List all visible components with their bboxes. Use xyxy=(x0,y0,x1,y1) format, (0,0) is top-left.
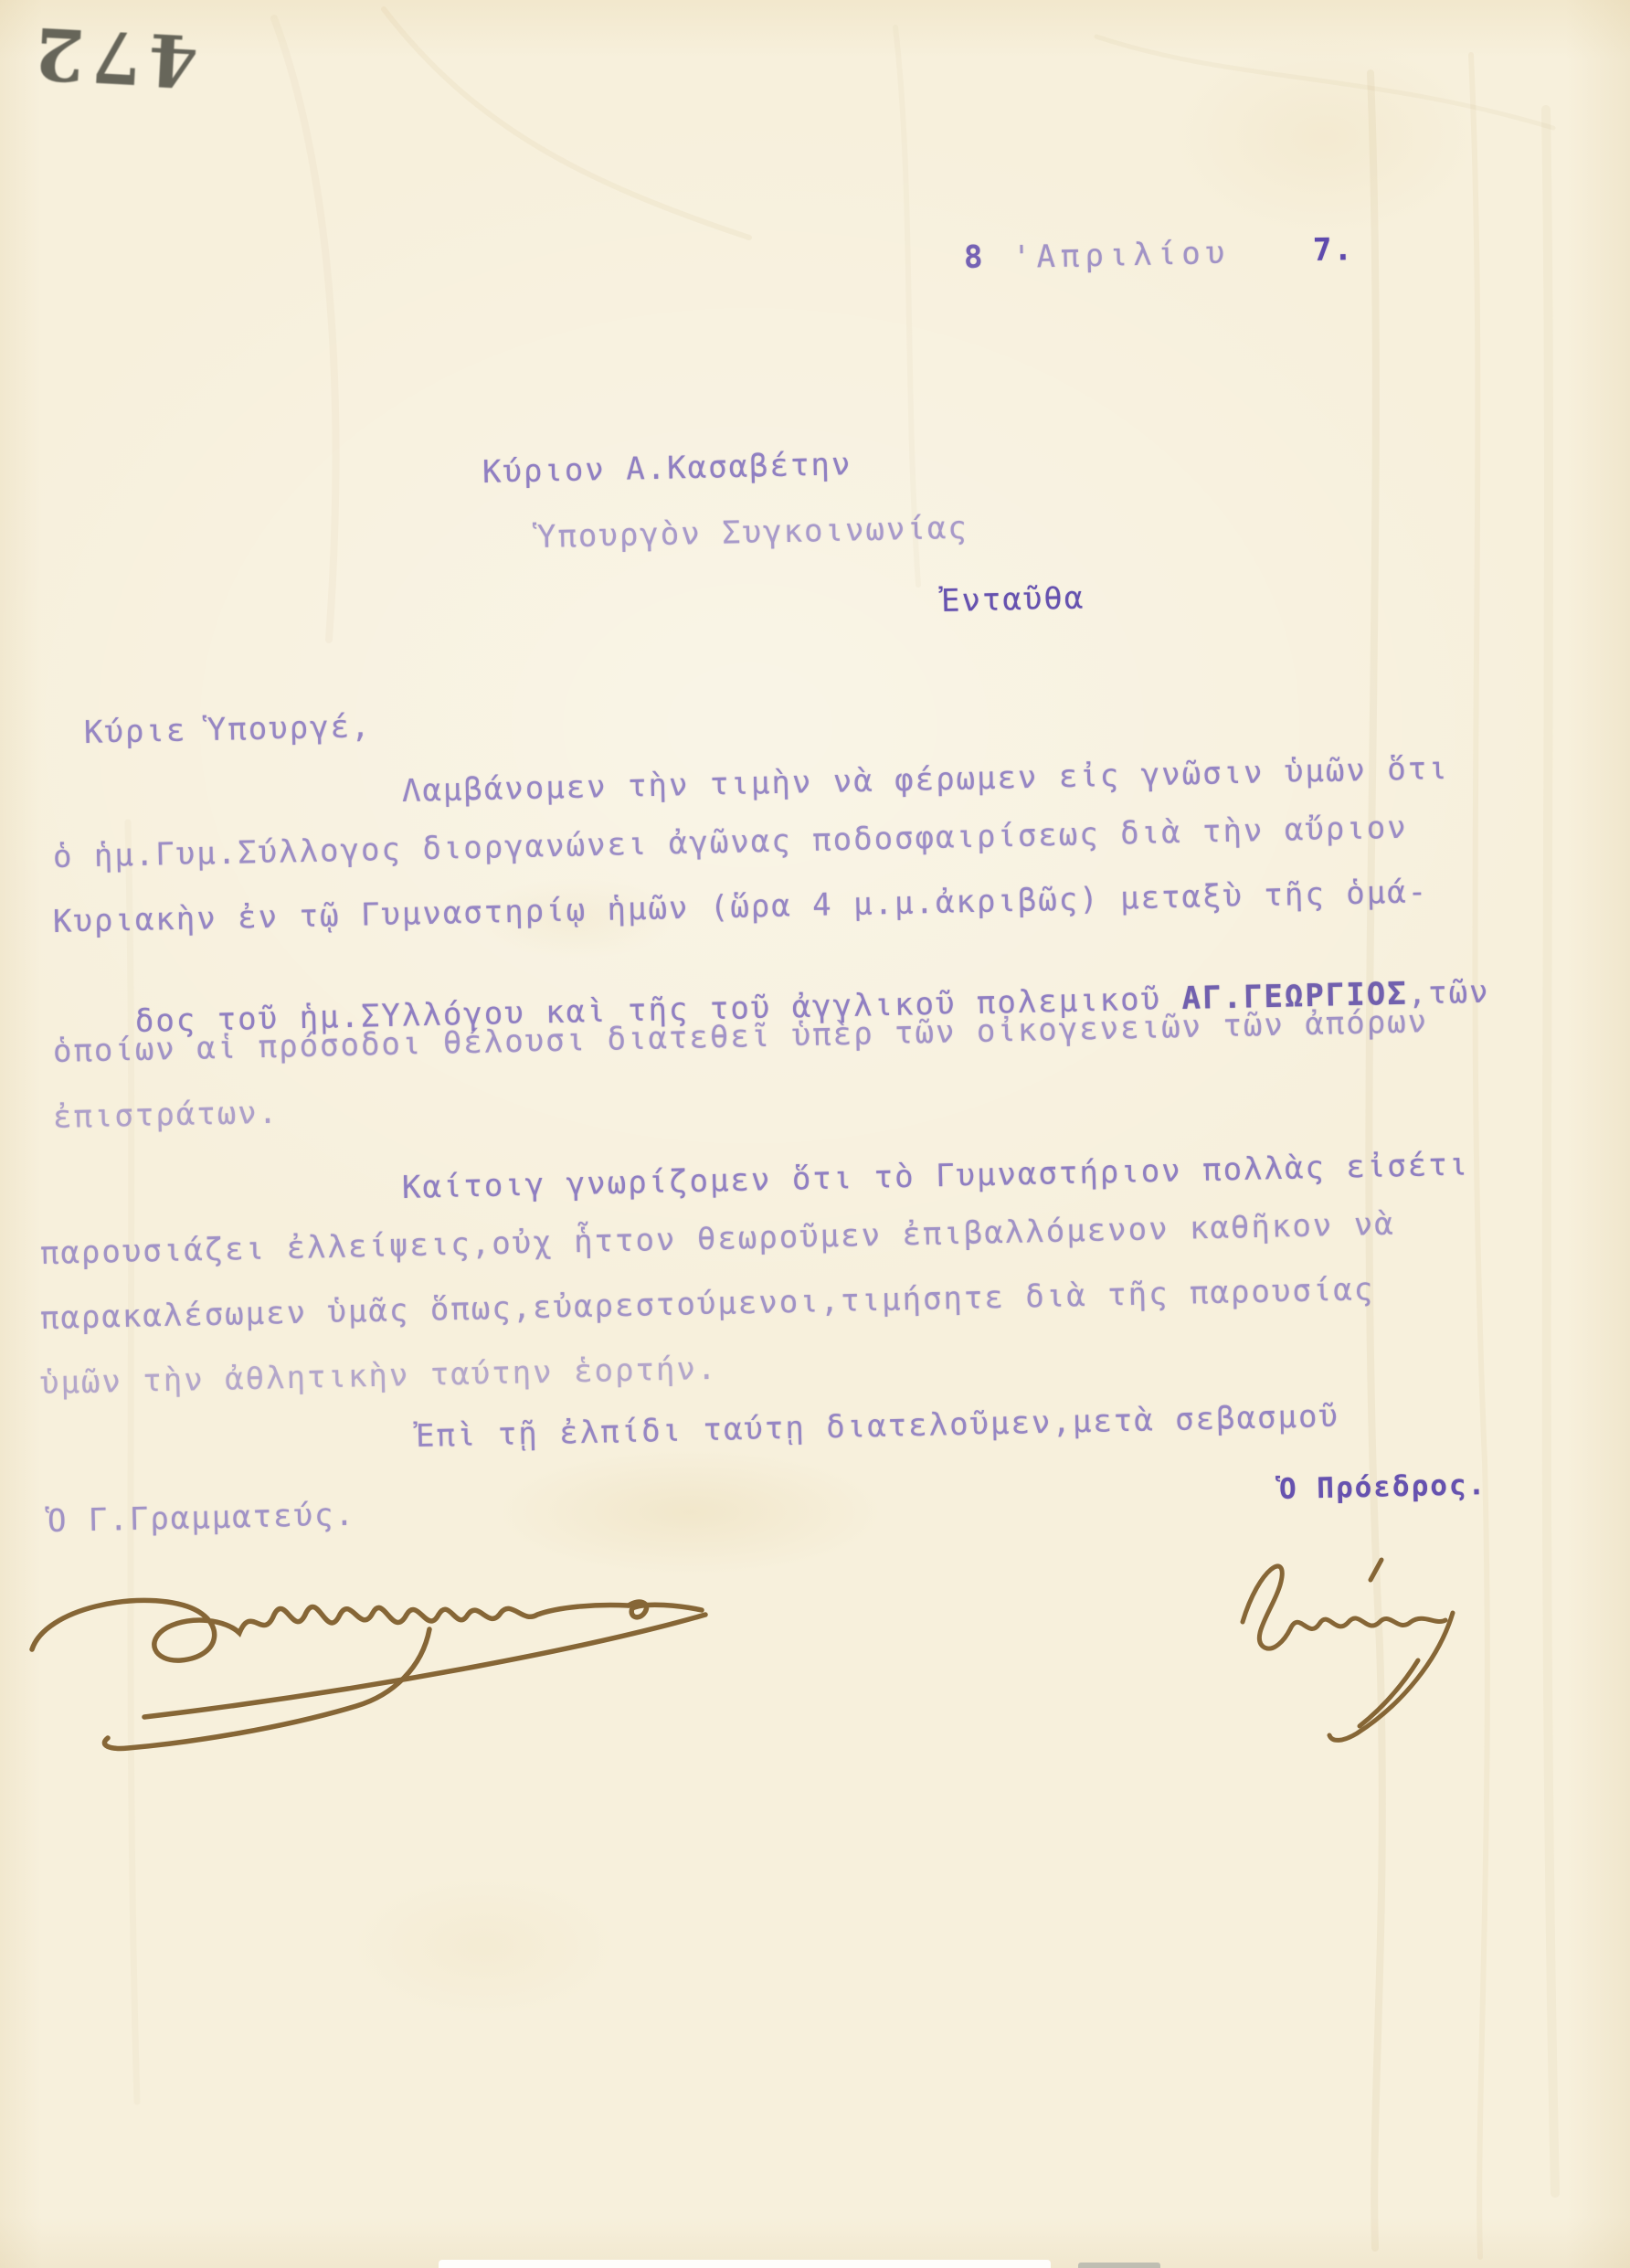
ink-stain xyxy=(493,1448,886,1576)
body-line: ὁ ἡμ.Γυμ.Σύλλογος διοργανώνει ἀγῶνας ποδ… xyxy=(53,810,1409,875)
body-line: ἐπιστράτων. xyxy=(53,1095,280,1136)
paper-edge xyxy=(439,2260,1051,2268)
ink-stain xyxy=(347,1873,621,2019)
body-line: παρακαλέσωμεν ὑμᾶς ὅπως,εὐαρεστούμενοι,τ… xyxy=(40,1271,1375,1337)
archive-number-stamp: 472 xyxy=(26,10,200,102)
date-month: 'Απριλίου xyxy=(1012,235,1231,276)
letter-page: 472 8 'Απριλίου 7. Κύριον Α.Κασαβέτην Ὑπ… xyxy=(0,0,1630,2268)
body-line: Λαμβάνομεν τὴν τιμὴν νὰ φέρωμεν εἰς γνῶσ… xyxy=(402,750,1450,810)
closing-line: Ἐπὶ τῇ ἐλπίδι ταύτῃ διατελοῦμεν,μετὰ σεβ… xyxy=(416,1398,1340,1455)
secretary-title: Ὁ Γ.Γραμματεύς. xyxy=(48,1497,356,1540)
body-line: Καίτοιγ γνωρίζομεν ὅτι τὸ Γυμναστήριον π… xyxy=(402,1147,1470,1206)
salutation: Κύριε Ὑπουργέ, xyxy=(84,708,372,751)
body-line: Κυριακὴν ἐν τῷ Γυμναστηρίῳ ἡμῶν (ὥρα 4 μ… xyxy=(53,874,1429,940)
body-line: παρουσιάζει ἐλλείψεις,οὐχ ἧττον θεωροῦμε… xyxy=(40,1206,1396,1272)
paper-texture xyxy=(0,0,1630,2268)
paper-edge xyxy=(1078,2263,1160,2268)
date-day: 8 xyxy=(964,238,989,276)
ink-stain xyxy=(1170,37,1480,238)
recipient-title: Ὑπουργὸν Συγκοινωνίας xyxy=(537,510,969,556)
body-line: ὑμῶν τὴν ἀθλητικὴν ταύτην ἑορτήν. xyxy=(40,1351,718,1402)
recipient-location: Ἐνταῦθα xyxy=(941,580,1085,620)
president-title: Ὁ Πρόεδρος. xyxy=(1279,1468,1487,1506)
date-year: 7. xyxy=(1313,231,1355,269)
president-signature xyxy=(1179,1503,1581,1759)
secretary-signature xyxy=(0,1512,749,1759)
recipient-name: Κύριον Α.Κασαβέτην xyxy=(482,446,852,491)
